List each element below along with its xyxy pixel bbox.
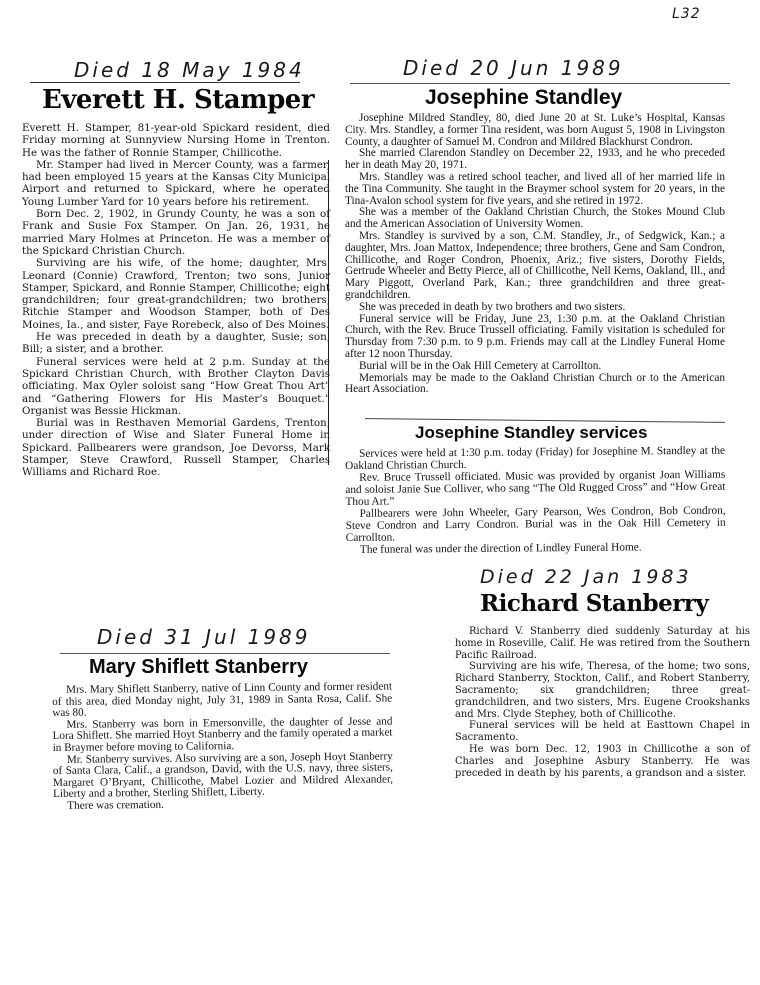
page-number-annotation: L32	[672, 6, 701, 22]
paragraph: Mr. Stamper had lived in Mercer County, …	[22, 159, 330, 208]
paragraph: Pallbearers were John Wheeler, Gary Pear…	[346, 505, 726, 544]
paragraph: Born Dec. 2, 1902, in Grundy County, he …	[22, 208, 330, 257]
handwritten-death-date: Died 22 Jan 1983	[480, 566, 692, 588]
paragraph: Everett H. Stamper, 81-year-old Spickard…	[22, 122, 330, 159]
paragraph: There was cremation.	[53, 797, 393, 812]
column-divider	[328, 160, 329, 465]
paragraph: She was preceded in death by two brother…	[345, 302, 725, 314]
paragraph: He was born Dec. 12, 1903 in Chillicothe…	[455, 744, 750, 779]
article-body: Services were held at 1:30 p.m. today (F…	[345, 445, 726, 556]
paragraph: He was preceded in death by a daughter, …	[22, 331, 330, 356]
divider	[60, 653, 390, 654]
paragraph: Funeral services will be held at Easttow…	[455, 720, 750, 744]
paragraph: Richard V. Stanberry died suddenly Satur…	[455, 626, 750, 661]
obituary-body: Mrs. Mary Shiflett Stanberry, native of …	[52, 681, 393, 812]
obituary-body: Richard V. Stanberry died suddenly Satur…	[455, 626, 750, 779]
paragraph: Surviving are his wife, Theresa, of the …	[455, 661, 750, 720]
paragraph: Funeral services were held at 2 p.m. Sun…	[22, 356, 330, 417]
obituary-headline: Everett H. Stamper	[42, 85, 314, 115]
divider	[350, 83, 730, 84]
paragraph: Mrs. Stanberry was born in Emersonville,…	[52, 716, 392, 754]
paragraph: She married Clarendon Standley on Decemb…	[345, 148, 725, 172]
paragraph: Josephine Mildred Standley, 80, died Jun…	[345, 113, 725, 148]
paragraph: Surviving are his wife, of the home; dau…	[22, 257, 330, 331]
paragraph: The funeral was under the direction of L…	[346, 541, 726, 556]
paragraph: Burial will be in the Oak Hill Cemetery …	[345, 361, 725, 373]
obituary-body: Josephine Mildred Standley, 80, died Jun…	[345, 113, 725, 396]
paragraph: Burial was in Resthaven Memorial Gardens…	[22, 417, 330, 478]
divider	[30, 82, 300, 83]
paragraph: Services were held at 1:30 p.m. today (F…	[345, 445, 725, 472]
handwritten-death-date: Died 20 Jun 1989	[403, 56, 624, 80]
obituary-headline: Josephine Standley	[425, 86, 622, 110]
paragraph: Mrs. Standley is survived by a son, C.M.…	[345, 231, 725, 302]
paragraph: Mr. Stanberry survives. Also surviving a…	[53, 751, 393, 801]
paragraph: She was a member of the Oakland Christia…	[345, 207, 725, 231]
paragraph: Memorials may be made to the Oakland Chr…	[345, 373, 725, 397]
paragraph: Mrs. Mary Shiflett Stanberry, native of …	[52, 681, 392, 719]
paragraph: Mrs. Standley was a retired school teach…	[345, 172, 725, 207]
handwritten-death-date: Died 31 Jul 1989	[97, 625, 311, 649]
obituary-headline: Mary Shiflett Stanberry	[89, 656, 308, 679]
article-headline: Josephine Standley services	[415, 423, 647, 443]
obituary-body: Everett H. Stamper, 81-year-old Spickard…	[22, 122, 330, 479]
handwritten-death-date: Died 18 May 1984	[74, 58, 305, 82]
paragraph: Funeral service will be Friday, June 23,…	[345, 314, 725, 361]
paragraph: Rev. Bruce Trussell officiated. Music wa…	[345, 469, 725, 508]
obituary-headline: Richard Stanberry	[480, 590, 708, 617]
